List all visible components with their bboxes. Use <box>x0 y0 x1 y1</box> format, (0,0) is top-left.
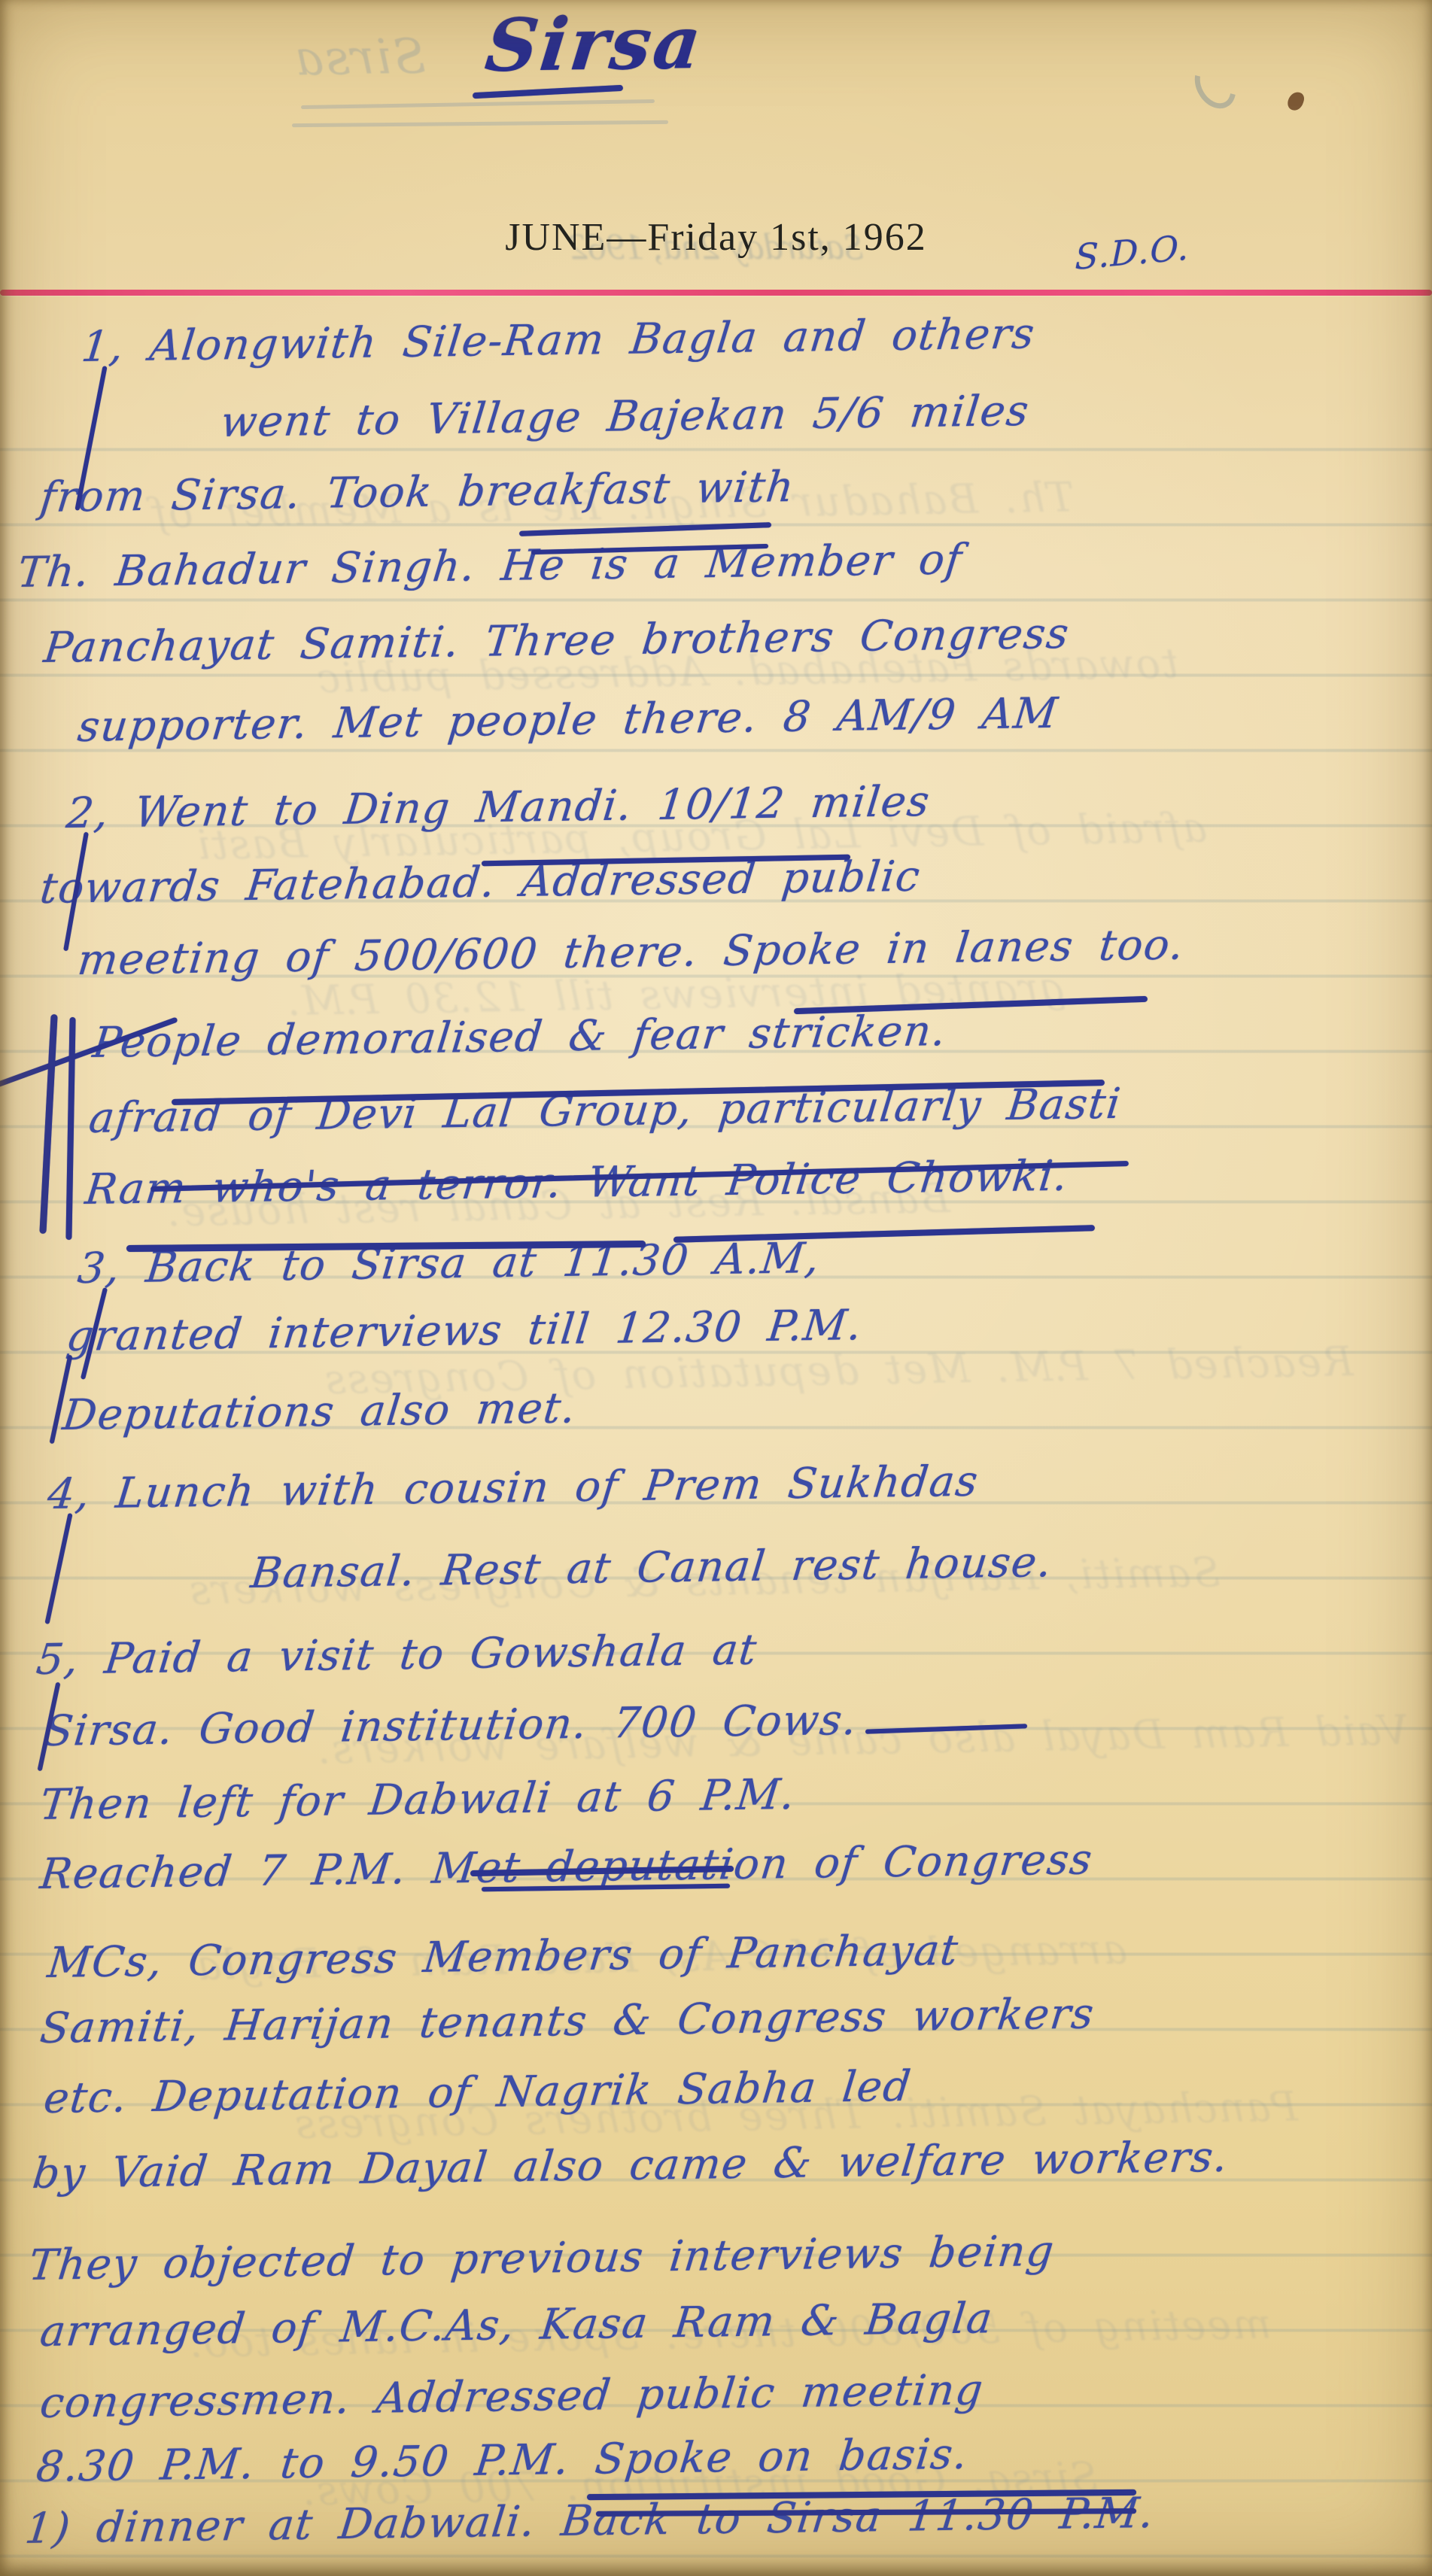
diary-page: Sirsa Saturday 2nd, 1962 Th. Bahadur Sin… <box>0 0 1432 2576</box>
pencil-underline-stroke <box>301 99 655 109</box>
diary-line: Deputations also met. <box>60 1384 579 1440</box>
diary-line: Bansal. Rest at Canal rest house. <box>248 1539 1055 1598</box>
diary-line: granted interviews till 12.30 P.M. <box>64 1302 865 1361</box>
page-title: Sirsa <box>482 2 707 88</box>
underline-stroke-spoke-in-lanes <box>794 996 1148 1014</box>
diary-line: arranged of M.C.As, Kasa Ram & Bagla <box>38 2295 996 2356</box>
diary-line: They objected to previous interviews bei… <box>26 2228 1057 2291</box>
underline-stroke-gowshala <box>865 1724 1027 1733</box>
diary-line: etc. Deputation of Nagrik Sabha led <box>41 2063 914 2124</box>
diary-line: 5, Paid a visit to Gowshala at <box>34 1627 760 1685</box>
diary-line: supporter. Met people there. 8 AM/9 AM <box>75 690 1060 752</box>
diary-line: went to Village Bajekan 5/6 miles <box>218 387 1032 447</box>
printed-date-heading: JUNE—Friday 1st, 1962 <box>0 215 1432 260</box>
numeral-flourish-stroke <box>44 1513 72 1624</box>
pencil-underline-stroke <box>292 120 668 127</box>
diary-line: 4, Lunch with cousin of Prem Sukhdas <box>45 1458 981 1520</box>
diary-line: People demoralised & fear stricken. <box>90 1007 949 1068</box>
margin-emphasis-stroke <box>39 1014 57 1234</box>
diary-line: 1, Alongwith Sile-Ram Bagla and others <box>79 310 1038 372</box>
diary-line: Th. Bahadur Singh. He is a Member of <box>15 536 965 597</box>
diary-line: Ram who's a terror. Want Police Chowki. <box>83 1153 1071 1215</box>
diary-line: MCs, Congress Members of Panchayat <box>45 1927 961 1988</box>
date-divider-rule <box>0 290 1432 296</box>
underline-stroke-bajekan <box>519 522 771 536</box>
diary-line: Samiti, Harijan tenants & Congress worke… <box>38 1990 1097 2053</box>
diary-line: 8.30 P.M. to 9.50 P.M. Spoke on basis. <box>34 2431 971 2492</box>
diary-line: congressmen. Addressed public meeting <box>38 2366 986 2428</box>
diary-line: meeting of 500/600 there. Spoke in lanes… <box>75 921 1187 985</box>
ink-smudge <box>1187 54 1244 116</box>
underline-stroke-police-chowki <box>673 1225 1095 1243</box>
margin-note-sdo: S.D.O. <box>1075 227 1190 278</box>
diary-line: by Vaid Ram Dayal also came & welfare wo… <box>30 2134 1231 2199</box>
bleed-through-text: Sirsa <box>293 29 426 87</box>
diary-line: Then left for Dabwali at 6 P.M. <box>38 1771 798 1830</box>
margin-emphasis-stroke <box>65 1017 75 1240</box>
diary-line: Panchayat Samiti. Three brothers Congres… <box>41 610 1072 673</box>
paper-stain <box>1286 90 1306 113</box>
diary-line: towards Fatehabad. Addressed public <box>38 853 923 914</box>
diary-line: Sirsa. Good institution. 700 Cows. <box>41 1697 860 1757</box>
diary-line: 2, Went to Ding Mandi. 10/12 miles <box>64 778 932 839</box>
diary-line: from Sirsa. Took breakfast with <box>38 463 797 522</box>
